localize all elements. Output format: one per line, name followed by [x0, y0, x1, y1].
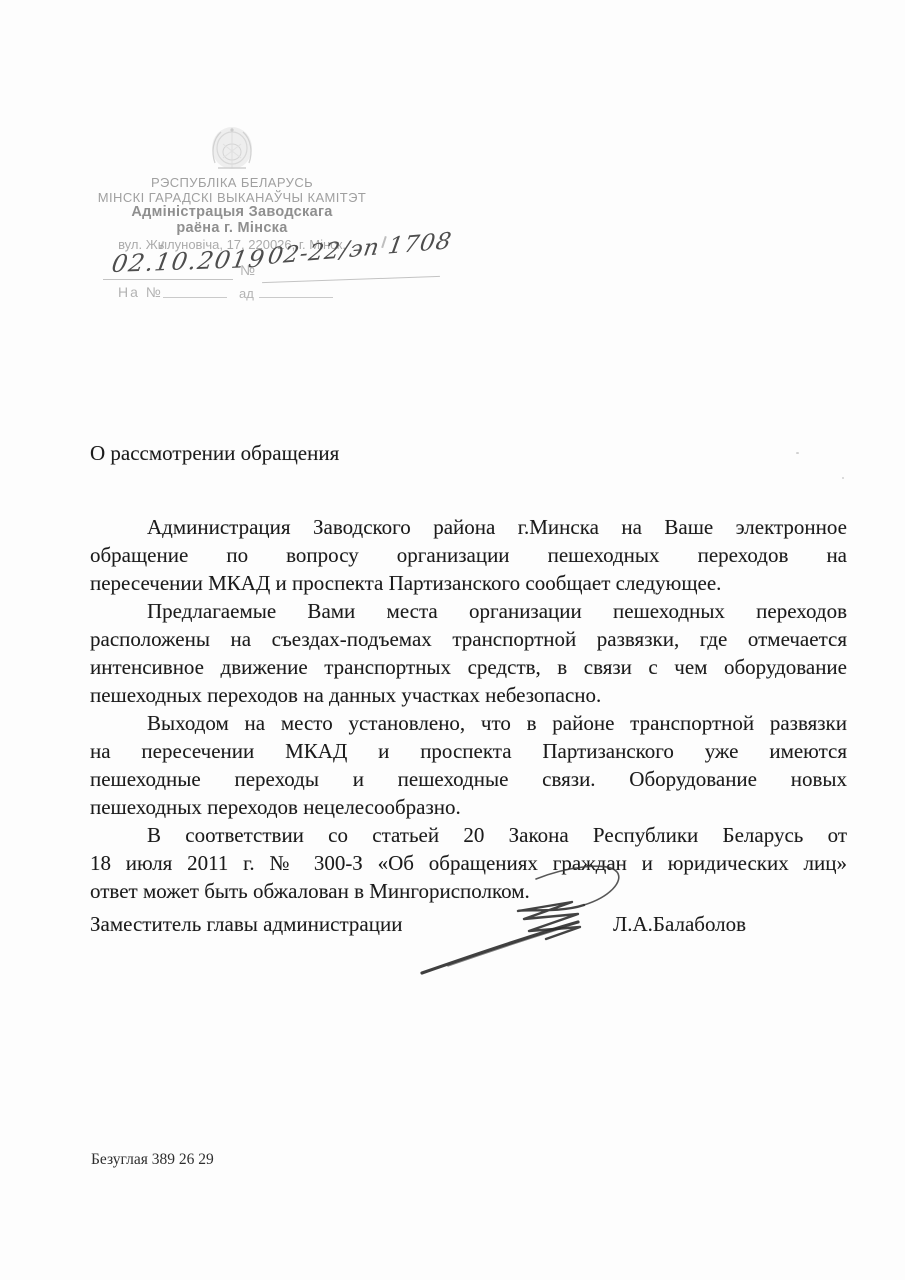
reply-date-underline: [259, 297, 333, 298]
body-line: расположены на съездах-подъемах транспор…: [90, 625, 847, 653]
body-line: обращение по вопросу организации пешеход…: [90, 541, 847, 569]
body-line: Предлагаемые Вами места организации пеше…: [90, 597, 847, 625]
letterhead-committee: МІНСКІ ГАРАДСКІ ВЫКАНАЎЧЫ КАМІТЭТ: [62, 191, 402, 206]
subject-line: О рассмотрении обращения: [90, 441, 339, 466]
scan-speck: [796, 452, 799, 454]
letterhead: РЭСПУБЛІКА БЕЛАРУСЬ МІНСКІ ГАРАДСКІ ВЫКА…: [62, 125, 402, 252]
number-sign: №: [240, 262, 255, 278]
body-line: Администрация Заводского района г.Минска…: [90, 513, 847, 541]
body-line: на пересечении МКАД и проспекта Партизан…: [90, 737, 847, 765]
scanned-letter-page: РЭСПУБЛІКА БЕЛАРУСЬ МІНСКІ ГАРАДСКІ ВЫКА…: [0, 0, 905, 1280]
letterhead-org-line2: раёна г. Мінска: [62, 221, 402, 237]
reply-number-underline: [163, 297, 227, 298]
date-underline: [103, 279, 233, 280]
letterhead-country: РЭСПУБЛІКА БЕЛАРУСЬ: [62, 176, 402, 191]
number-underline: [262, 276, 440, 283]
body-line: пешеходных переходов на данных участках …: [90, 681, 847, 709]
letter-body: Администрация Заводского района г.Минска…: [90, 513, 847, 905]
body-line: пересечении МКАД и проспекта Партизанско…: [90, 569, 847, 597]
signature-scribble: [408, 853, 728, 988]
body-line: Выходом на место установлено, что в райо…: [90, 709, 847, 737]
body-line: пешеходных переходов нецелесообразно.: [90, 793, 847, 821]
letterhead-org-line1: Адміністрацыя Заводскага: [62, 205, 402, 221]
reply-to-number-label: На №: [118, 284, 163, 300]
body-line: интенсивное движение транспортных средст…: [90, 653, 847, 681]
executor-line: Безуглая 389 26 29: [91, 1151, 214, 1169]
body-line: В соответствии со статьей 20 Закона Респ…: [90, 821, 847, 849]
body-line: пешеходные переходы и пешеходные связи. …: [90, 765, 847, 793]
belarus-emblem-icon: [204, 125, 260, 173]
reply-from-label: ад: [239, 286, 254, 301]
scan-speck: [842, 477, 844, 479]
signer-position: Заместитель главы администрации: [90, 912, 402, 937]
